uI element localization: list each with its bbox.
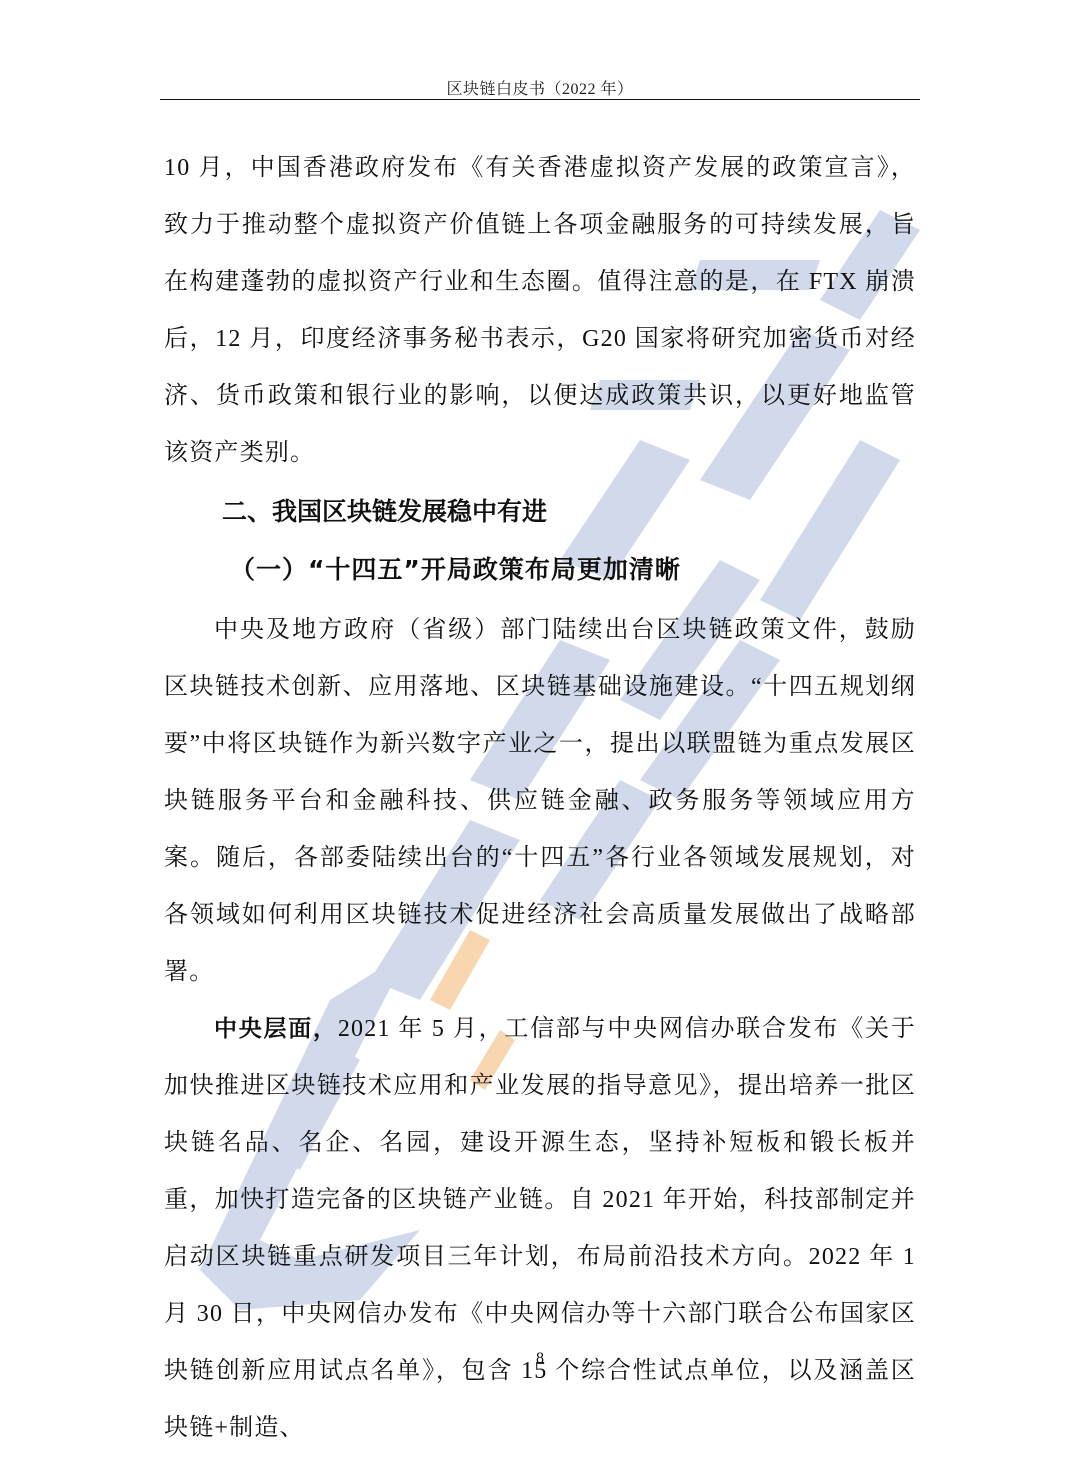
paragraph-policy-overview: 中央及地方政府（省级）部门陆续出台区块链政策文件，鼓励区块链技术创新、应用落地、… bbox=[164, 602, 916, 1001]
paragraph-lead-bold: 中央层面， bbox=[214, 1016, 338, 1042]
running-header: 区块链白皮书（2022 年） bbox=[160, 76, 920, 99]
page-body: 10 月，中国香港政府发布《有关香港虚拟资产发展的政策宣言》，致力于推动整个虚拟… bbox=[164, 140, 916, 1457]
subsection-heading: （一）“十四五”开局政策布局更加清晰 bbox=[164, 542, 916, 602]
header-divider bbox=[160, 99, 920, 100]
paragraph-hong-kong-policy: 10 月，中国香港政府发布《有关香港虚拟资产发展的政策宣言》，致力于推动整个虚拟… bbox=[164, 140, 916, 482]
paragraph-central-level: 中央层面，2021 年 5 月，工信部与中央网信办联合发布《关于加快推进区块链技… bbox=[164, 1001, 916, 1457]
page-number: 8 bbox=[0, 1350, 1080, 1368]
paragraph-central-level-body: 2021 年 5 月，工信部与中央网信办联合发布《关于加快推进区块链技术应用和产… bbox=[164, 1016, 916, 1441]
section-heading: 二、我国区块链发展稳中有进 bbox=[164, 482, 916, 542]
